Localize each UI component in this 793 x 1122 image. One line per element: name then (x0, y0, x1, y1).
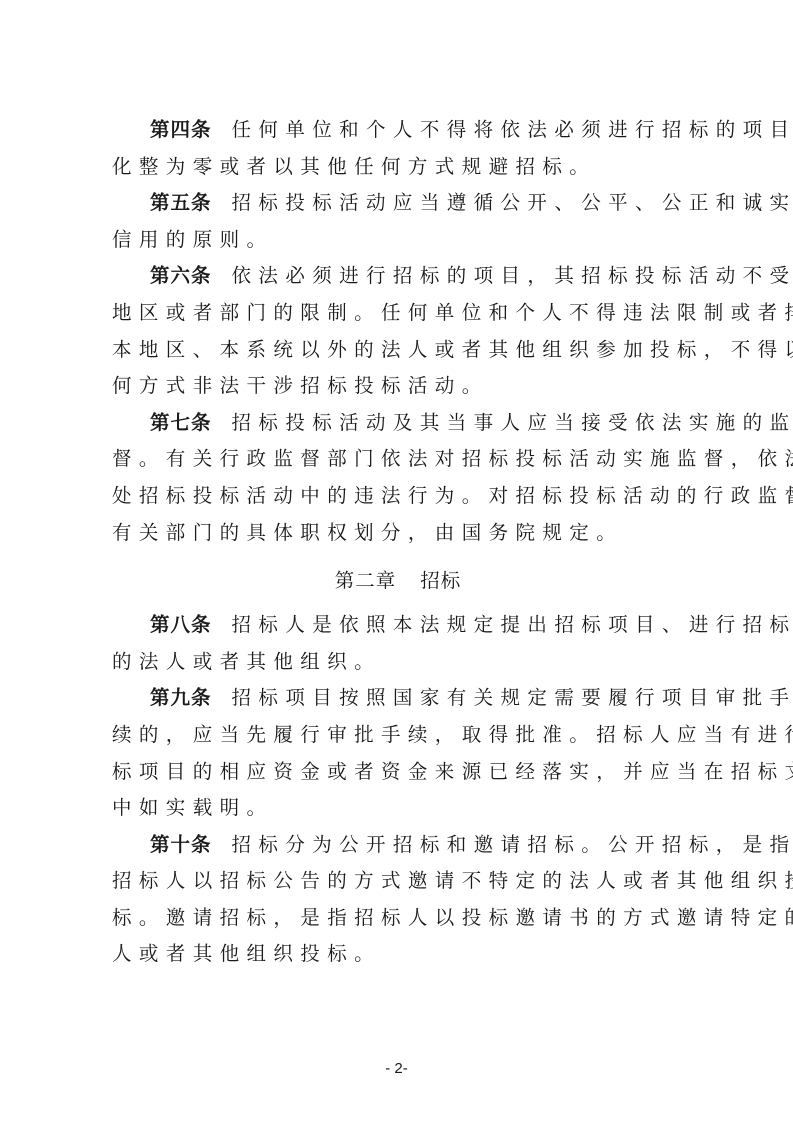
chapter-heading: 第二章招标 (112, 557, 684, 607)
article-6: 第六条依法必须进行招标的项目，其招标投标活动不受 地区或者部门的限制。任何单位和… (112, 258, 684, 404)
article-text: 何方式非法干涉招标投标活动。 (112, 368, 684, 405)
article-label: 第八条 (150, 613, 212, 636)
article-text: 招标项目按照国家有关规定需要履行项目审批手 (232, 686, 793, 709)
article-text: 招标人是依照本法规定提出招标项目、进行招标 (232, 613, 793, 636)
article-text: 依法必须进行招标的项目，其招标投标活动不受 (232, 264, 793, 287)
article-label: 第六条 (150, 264, 212, 287)
article-9: 第九条招标项目按照国家有关规定需要履行项目审批手 续的，应当先履行审批手续，取得… (112, 680, 684, 826)
article-text: 化整为零或者以其他任何方式规避招标。 (112, 149, 684, 186)
article-text: 处招标投标活动中的违法行为。对招标投标活动的行政监督及 (112, 478, 684, 515)
article-label: 第五条 (150, 191, 212, 214)
article-text: 招标投标活动应当遵循公开、公平、公正和诚实 (232, 191, 793, 214)
article-text: 招标投标活动及其当事人应当接受依法实施的监 (232, 411, 793, 434)
article-text: 招标人以招标公告的方式邀请不特定的法人或者其他组织投 (112, 863, 684, 900)
article-10: 第十条招标分为公开招标和邀请招标。公开招标，是指 招标人以招标公告的方式邀请不特… (112, 827, 684, 973)
article-text: 任何单位和个人不得将依法必须进行招标的项目 (232, 118, 793, 141)
article-text: 有关部门的具体职权划分，由国务院规定。 (112, 515, 684, 552)
chapter-title: 招标 (420, 569, 461, 592)
article-text: 督。有关行政监督部门依法对招标投标活动实施监督，依法查 (112, 441, 684, 478)
article-text: 招标分为公开招标和邀请招标。公开招标，是指 (232, 833, 793, 856)
article-text: 人或者其他组织投标。 (112, 936, 684, 973)
article-text: 信用的原则。 (112, 222, 684, 259)
article-text: 本地区、本系统以外的法人或者其他组织参加投标，不得以任 (112, 332, 684, 369)
article-text: 标。邀请招标，是指招标人以投标邀请书的方式邀请特定的法 (112, 900, 684, 937)
article-text: 标项目的相应资金或者资金来源已经落实，并应当在招标文件 (112, 754, 684, 791)
article-label: 第十条 (150, 833, 212, 856)
article-text: 中如实载明。 (112, 790, 684, 827)
article-text: 续的，应当先履行审批手续，取得批准。招标人应当有进行招 (112, 717, 684, 754)
article-8: 第八条招标人是依照本法规定提出招标项目、进行招标 的法人或者其他组织。 (112, 607, 684, 680)
article-4: 第四条任何单位和个人不得将依法必须进行招标的项目 化整为零或者以其他任何方式规避… (112, 112, 684, 185)
article-5: 第五条招标投标活动应当遵循公开、公平、公正和诚实 信用的原则。 (112, 185, 684, 258)
document-page: 第四条任何单位和个人不得将依法必须进行招标的项目 化整为零或者以其他任何方式规避… (112, 112, 684, 973)
article-text: 的法人或者其他组织。 (112, 644, 684, 681)
article-label: 第四条 (150, 118, 212, 141)
chapter-number: 第二章 (335, 569, 397, 592)
article-label: 第九条 (150, 686, 212, 709)
article-text: 地区或者部门的限制。任何单位和个人不得违法限制或者排斥 (112, 295, 684, 332)
article-7: 第七条招标投标活动及其当事人应当接受依法实施的监 督。有关行政监督部门依法对招标… (112, 405, 684, 551)
article-label: 第七条 (150, 411, 212, 434)
page-number: - 2- (0, 1060, 793, 1077)
